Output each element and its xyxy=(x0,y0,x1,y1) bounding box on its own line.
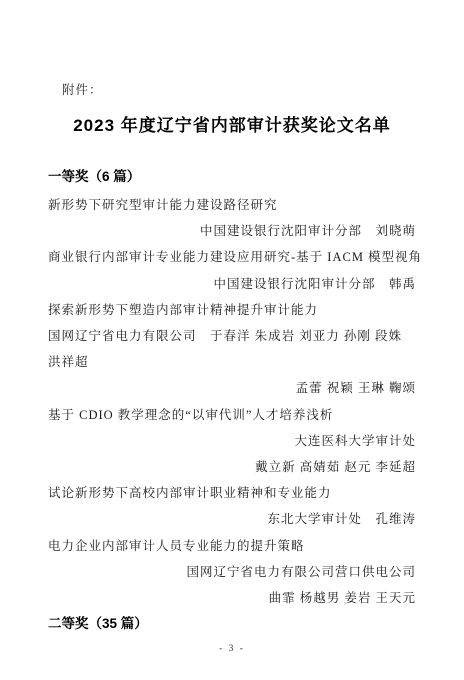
credit-line: 东北大学审计处 孔维涛 xyxy=(48,506,416,532)
first-prize-entries: 新形势下研究型审计能力建设路径研究 中国建设银行沈阳审计分部 刘晓萌 商业银行内… xyxy=(48,192,416,611)
credit-line: 国网辽宁省电力有限公司 于春洋 朱成岩 刘亚力 孙刚 段姝 洪祥超 xyxy=(48,323,416,375)
credit-line: 大连医科大学审计处 xyxy=(48,428,416,454)
document-title: 2023 年度辽宁省内部审计获奖论文名单 xyxy=(48,115,416,137)
paper-title: 电力企业内部审计人员专业能力的提升策略 xyxy=(48,533,416,559)
credit-line: 戴立新 高婧茹 赵元 李延超 xyxy=(48,454,416,480)
paper-title: 基于 CDIO 教学理念的“以审代训”人才培养浅析 xyxy=(48,402,416,428)
paper-title: 探索新形势下塑造内部审计精神提升审计能力 xyxy=(48,297,416,323)
credit-line: 中国建设银行沈阳审计分部 韩禹 xyxy=(48,271,416,297)
credit-line: 孟蕾 祝颖 王琳 鞠颂 xyxy=(48,375,416,401)
section-heading-second-prize: 二等奖（35 篇） xyxy=(48,615,416,633)
paper-title: 新形势下研究型审计能力建设路径研究 xyxy=(48,192,416,218)
credit-line: 曲霏 杨越男 姜岩 王天元 xyxy=(48,585,416,611)
attachment-label: 附件： xyxy=(62,82,416,98)
paper-title: 商业银行内部审计专业能力建设应用研究-基于 IACM 模型视角 xyxy=(48,244,416,270)
credit-line: 国网辽宁省电力有限公司营口供电公司 xyxy=(48,559,416,585)
page-number: - 3 - xyxy=(0,644,464,654)
paper-title: 试论新形势下高校内部审计职业精神和专业能力 xyxy=(48,480,416,506)
credit-line: 中国建设银行沈阳审计分部 刘晓萌 xyxy=(48,218,416,244)
document-page: 附件： 2023 年度辽宁省内部审计获奖论文名单 一等奖（6 篇） 新形势下研究… xyxy=(0,0,464,680)
section-heading-first-prize: 一等奖（6 篇） xyxy=(48,168,416,186)
